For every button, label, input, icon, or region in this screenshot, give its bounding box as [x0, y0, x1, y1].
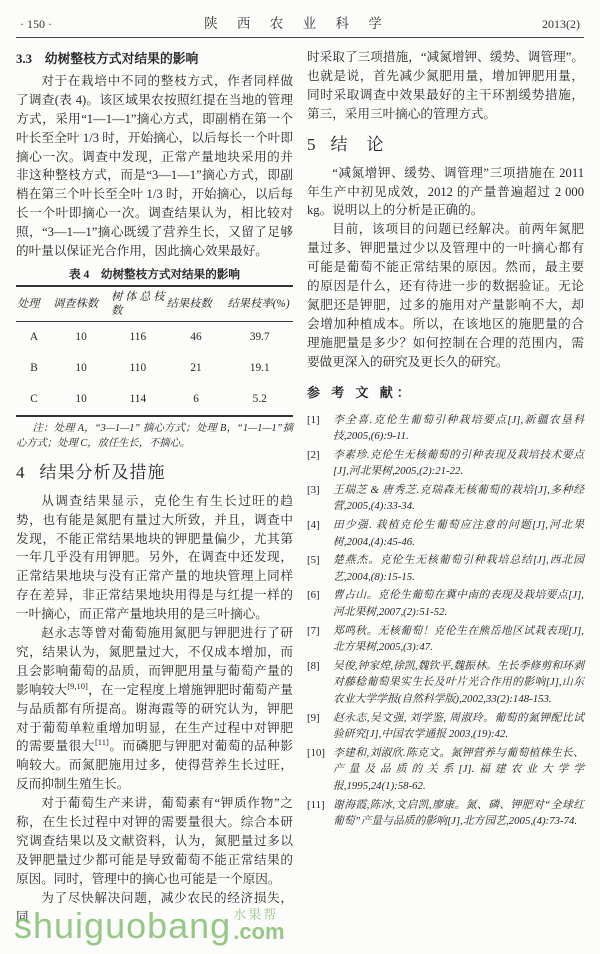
reference-text: 李建和,刘淑欣.陈克文。氮钾营养与葡萄植株生长、产量及品质的关系[J].福建农业…: [333, 745, 584, 795]
reference-text: 田少强. 栽植克伦生葡萄应注意的问题[J],河北果树,2004,(4):45-4…: [333, 517, 584, 550]
reference-number: [7]: [307, 623, 333, 656]
reference-text: 吴俊,钟家煌,徐凯,魏钦平,魏振林。生长季修剪和环剥对藤稔葡萄果实生长及叶片光合…: [333, 658, 584, 708]
col-header-fruiting-branches: 结果枝数: [166, 286, 227, 322]
table-4: 处理 调查株数 树体总枝数 结果枝数 结果枝率(%) A 10 116 46 3…: [16, 285, 293, 417]
cell: 116: [110, 321, 165, 352]
cell: 10: [52, 353, 110, 384]
reference-item: [10]李建和,刘淑欣.陈克文。氮钾营养与葡萄植株生长、产量及品质的关系[J].…: [307, 745, 584, 795]
paragraph-measures-continued: 时采取了三项措施，“减氮增钾、缓势、调管理”。也就是说，首先减少氮肥用量，增加钾…: [307, 48, 584, 124]
cell: 6: [166, 384, 227, 416]
section-4-number: 4: [16, 463, 26, 482]
paragraph-analysis-3: 对于葡萄生产来讲，葡萄素有“钾质作物”之称，在生长过程中对钾的需要量很大。综合本…: [16, 794, 293, 889]
section-4-heading: 4结果分析及措施: [16, 462, 293, 484]
reference-number: [10]: [307, 745, 333, 795]
left-column: 3.3 幼树整枝方式对结果的影响 对于在栽培中不同的整枝方式，作者同样做了调查(…: [16, 48, 293, 927]
section-5-title: 结 论: [331, 135, 385, 154]
citation-9-10: [9,10]: [67, 681, 88, 691]
cell: 46: [166, 321, 227, 352]
reference-text: 郑鸣秋。无核葡萄！克伦生在熊岳地区试栽表现[J],北方果树,2005,(3):4…: [333, 623, 584, 656]
reference-text: 谢海霞,陈冰,文启凯,廖康。氮、磷、钾肥对“全球红葡萄”产量与品质的影响[J],…: [333, 797, 584, 830]
reference-item: [7]郑鸣秋。无核葡萄！克伦生在熊岳地区试栽表现[J],北方果树,2005,(3…: [307, 623, 584, 656]
cell: 114: [110, 384, 165, 416]
paragraph-analysis-2: 赵永志等曾对葡萄施用氮肥与钾肥进行了研究，结果认为，氮肥量过大，不仅成本增加，而…: [16, 624, 293, 794]
cell: 19.1: [226, 353, 293, 384]
paragraph-pruning-survey: 对于在栽培中不同的整枝方式，作者同样做了调查(表 4)。该区域果农按照红提在当地…: [16, 72, 293, 261]
reference-text: 楚燕杰。克伦生无核葡萄引种栽培总结[J],西北园艺,2004,(8):15-15…: [333, 552, 584, 585]
issue-label: 2013(2): [542, 17, 580, 32]
right-column: 时采取了三项措施，“减氮增钾、缓势、调管理”。也就是说，首先减少氮肥用量，增加钾…: [307, 48, 584, 927]
cell: B: [16, 353, 52, 384]
two-column-body: 3.3 幼树整枝方式对结果的影响 对于在栽培中不同的整枝方式，作者同样做了调查(…: [16, 48, 584, 927]
paragraph-conclusion-1: “减氮增钾、缓势、调管理”三项措施在 2011 年生产中初见成效，2012 的产…: [307, 164, 584, 221]
page-number: · 150 ·: [20, 17, 52, 32]
col-header-fruiting-rate: 结果枝率(%): [226, 286, 293, 322]
reference-item: [5]楚燕杰。克伦生无核葡萄引种栽培总结[J],西北园艺,2004,(8):15…: [307, 552, 584, 585]
reference-number: [9]: [307, 710, 333, 743]
col-header-total-branches: 树体总枝数: [110, 286, 165, 322]
cell: A: [16, 321, 52, 352]
reference-number: [3]: [307, 482, 333, 515]
reference-item: [2]李素珍.克伦生无核葡萄的引种表现及栽培技术要点[J],河北果树,2005,…: [307, 447, 584, 480]
reference-text: 李素珍.克伦生无核葡萄的引种表现及栽培技术要点[J],河北果树,2005,(2)…: [333, 447, 584, 480]
table-row: A 10 116 46 39.7: [16, 321, 293, 352]
table-row: B 10 110 21 19.1: [16, 353, 293, 384]
cell: 10: [52, 384, 110, 416]
reference-number: [6]: [307, 587, 333, 620]
reference-item: [6]曹占山。克伦生葡萄在冀中南的表现及栽培要点[J],河北果树,2007,(2…: [307, 587, 584, 620]
paragraph-analysis-1: 从调查结果显示，克伦生有生长过旺的趋势，也有能是氮肥有量过大所致，并且，调查中发…: [16, 492, 293, 624]
section-5-number: 5: [307, 135, 317, 154]
paper-page: · 150 · 陕 西 农 业 科 学 2013(2) 3.3 幼树整枝方式对结…: [0, 0, 600, 927]
references-list: [1]李全喜.克伦生葡萄引种栽培要点[J],新疆农垦科技,2005,(6):9-…: [307, 412, 584, 830]
paragraph-analysis-4-partial: 为了尽快解决问题，减少农民的经济损失，同: [16, 889, 293, 927]
paragraph-conclusion-2: 目前，该项目的问题已经解决。前两年氮肥量过多、钾肥量过少以及管理中的一叶摘心都有…: [307, 220, 584, 371]
reference-item: [3]王瑞芝 & 唐秀芝.克瑞森无核葡萄的栽培[J],多种经营,2005,(4)…: [307, 482, 584, 515]
reference-number: [11]: [307, 797, 333, 830]
reference-item: [4]田少强. 栽植克伦生葡萄应注意的问题[J],河北果树,2004,(4):4…: [307, 517, 584, 550]
table-header-row: 处理 调查株数 树体总枝数 结果枝数 结果枝率(%): [16, 286, 293, 322]
references-heading: 参 考 文 献：: [307, 384, 584, 403]
table-4-note: 注：处理 A，“3—1—1” 摘心方式；处理 B，“1—1—1”摘心方式；处理 …: [16, 421, 293, 452]
cell: 21: [166, 353, 227, 384]
section-3-3-heading: 3.3 幼树整枝方式对结果的影响: [16, 50, 293, 69]
running-head: · 150 · 陕 西 农 业 科 学 2013(2): [16, 12, 584, 38]
table-row: C 10 114 6 5.2: [16, 384, 293, 416]
reference-text: 曹占山。克伦生葡萄在冀中南的表现及栽培要点[J],河北果树,2007,(2):5…: [333, 587, 584, 620]
reference-number: [2]: [307, 447, 333, 480]
reference-number: [4]: [307, 517, 333, 550]
reference-item: [1]李全喜.克伦生葡萄引种栽培要点[J],新疆农垦科技,2005,(6):9-…: [307, 412, 584, 445]
citation-11: [11]: [95, 737, 109, 747]
reference-item: [8]吴俊,钟家煌,徐凯,魏钦平,魏振林。生长季修剪和环剥对藤稔葡萄果实生长及叶…: [307, 658, 584, 708]
section-5-heading: 5结 论: [307, 134, 584, 156]
reference-number: [8]: [307, 658, 333, 708]
cell: 5.2: [226, 384, 293, 416]
reference-item: [9]赵永志,吴文强, 刘学鉴, 周淑玲。葡萄的氮钾配比试验研究[J],中国农学…: [307, 710, 584, 743]
table-4-caption: 表 4 幼树整枝方式对结果的影响: [16, 267, 293, 282]
section-4-title: 结果分析及措施: [40, 463, 166, 482]
reference-text: 王瑞芝 & 唐秀芝.克瑞森无核葡萄的栽培[J],多种经营,2005,(4):33…: [333, 482, 584, 515]
reference-text: 李全喜.克伦生葡萄引种栽培要点[J],新疆农垦科技,2005,(6):9-11.: [333, 412, 584, 445]
reference-number: [5]: [307, 552, 333, 585]
journal-title: 陕 西 农 业 科 学: [204, 12, 390, 32]
col-header-surveyed-plants: 调查株数: [52, 286, 110, 322]
reference-text: 赵永志,吴文强, 刘学鉴, 周淑玲。葡萄的氮钾配比试验研究[J],中国农学通报 …: [333, 710, 584, 743]
cell: 10: [52, 321, 110, 352]
col-header-treatment: 处理: [16, 286, 52, 322]
reference-number: [1]: [307, 412, 333, 445]
cell: 39.7: [226, 321, 293, 352]
cell: C: [16, 384, 52, 416]
reference-item: [11]谢海霞,陈冰,文启凯,廖康。氮、磷、钾肥对“全球红葡萄”产量与品质的影响…: [307, 797, 584, 830]
cell: 110: [110, 353, 165, 384]
